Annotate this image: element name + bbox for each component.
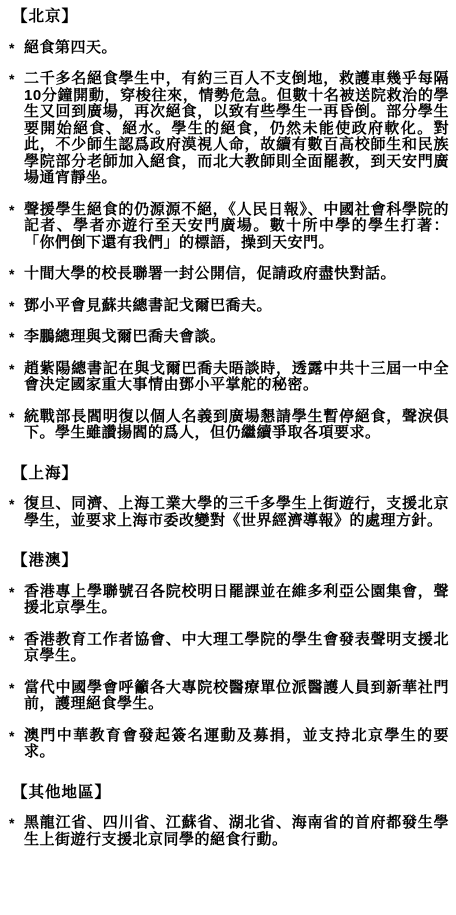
bullet-text: 十間大學的校長聯署一封公開信，促請政府盡快對話。 [24, 266, 449, 283]
bullet-text: 趙紫陽總書記在與戈爾巴喬夫晤談時，透露中共十三屆一中全會決定國家重大事情由鄧小平… [24, 361, 449, 394]
section-other-regions: 【其他地區】 * 黑龍江省、四川省、江蘇省、湖北省、海南省的首府都發生學生上街遊… [8, 785, 449, 849]
bullet-marker: * [8, 329, 24, 346]
bullet-text: 香港專上學聯號召各院校明日罷課並在維多利亞公園集會，聲援北京學生。 [24, 584, 449, 617]
list-item: * 當代中國學會呼籲各大專院校醫療單位派醫護人員到新華社門前，護理絕食學生。 [8, 680, 449, 713]
bullet-text: 統戰部長閻明復以個人名義到廣場懇請學生暫停絕食，聲淚俱下。學生雖讚揚閻的爲人，但… [24, 409, 449, 442]
list-item: * 黑龍江省、四川省、江蘇省、湖北省、海南省的首府都發生學生上街遊行支援北京同學… [8, 815, 449, 848]
bullet-text: 李鵬總理與戈爾巴喬夫會談。 [24, 329, 449, 346]
list-item: * 澳門中華教育會發起簽名運動及募捐，並支持北京學生的要求。 [8, 728, 449, 761]
bullet-text: 聲援學生絕食的仍源源不絕，《人民日報》、中國社會科學院的記者、學者亦遊行至天安門… [24, 202, 449, 252]
list-item: * 二千多名絕食學生中，有約三百人不支倒地，救護車幾乎每隔10分鐘開動，穿梭往來… [8, 71, 449, 187]
bullet-marker: * [8, 71, 24, 187]
section-beijing: 【北京】 * 絕食第四天。 * 二千多名絕食學生中，有約三百人不支倒地，救護車幾… [8, 9, 449, 442]
bullet-text: 香港教育工作者協會、中大理工學院的學生會發表聲明支援北京學生。 [24, 632, 449, 665]
bullet-text: 絕食第四天。 [24, 40, 449, 57]
section-header-other-regions: 【其他地區】 [12, 785, 449, 802]
list-item: * 十間大學的校長聯署一封公開信，促請政府盡快對話。 [8, 266, 449, 283]
list-item: * 香港專上學聯號召各院校明日罷課並在維多利亞公園集會，聲援北京學生。 [8, 584, 449, 617]
document: 【北京】 * 絕食第四天。 * 二千多名絕食學生中，有約三百人不支倒地，救護車幾… [0, 0, 456, 871]
list-item: * 鄧小平會見蘇共總書記戈爾巴喬夫。 [8, 298, 449, 315]
bullet-text: 澳門中華教育會發起簽名運動及募捐，並支持北京學生的要求。 [24, 728, 449, 761]
list-item: * 香港教育工作者協會、中大理工學院的學生會發表聲明支援北京學生。 [8, 632, 449, 665]
list-item: * 李鵬總理與戈爾巴喬夫會談。 [8, 329, 449, 346]
list-item: * 趙紫陽總書記在與戈爾巴喬夫晤談時，透露中共十三屆一中全會決定國家重大事情由鄧… [8, 361, 449, 394]
section-header-shanghai: 【上海】 [12, 466, 449, 483]
bullet-marker: * [8, 361, 24, 394]
section-header-hongkong-macau: 【港澳】 [12, 553, 449, 570]
list-item: * 統戰部長閻明復以個人名義到廣場懇請學生暫停絕食，聲淚俱下。學生雖讚揚閻的爲人… [8, 409, 449, 442]
bullet-marker: * [8, 496, 24, 529]
bullet-marker: * [8, 202, 24, 252]
bullet-marker: * [8, 584, 24, 617]
bullet-marker: * [8, 266, 24, 283]
bullet-marker: * [8, 298, 24, 315]
bullet-text: 黑龍江省、四川省、江蘇省、湖北省、海南省的首府都發生學生上街遊行支援北京同學的絕… [24, 815, 449, 848]
bullet-text: 當代中國學會呼籲各大專院校醫療單位派醫護人員到新華社門前，護理絕食學生。 [24, 680, 449, 713]
bullet-marker: * [8, 728, 24, 761]
section-shanghai: 【上海】 * 復旦、同濟、上海工業大學的三千多學生上街遊行，支援北京學生，並要求… [8, 466, 449, 530]
bullet-marker: * [8, 40, 24, 57]
bullet-marker: * [8, 409, 24, 442]
list-item: * 復旦、同濟、上海工業大學的三千多學生上街遊行，支援北京學生，並要求上海市委改… [8, 496, 449, 529]
bullet-marker: * [8, 815, 24, 848]
bullet-text: 鄧小平會見蘇共總書記戈爾巴喬夫。 [24, 298, 449, 315]
list-item: * 絕食第四天。 [8, 40, 449, 57]
list-item: * 聲援學生絕食的仍源源不絕，《人民日報》、中國社會科學院的記者、學者亦遊行至天… [8, 202, 449, 252]
bullet-marker: * [8, 632, 24, 665]
section-header-beijing: 【北京】 [12, 9, 449, 26]
bullet-text: 二千多名絕食學生中，有約三百人不支倒地，救護車幾乎每隔10分鐘開動，穿梭往來，情… [24, 71, 449, 187]
section-hongkong-macau: 【港澳】 * 香港專上學聯號召各院校明日罷課並在維多利亞公園集會，聲援北京學生。… [8, 553, 449, 761]
bullet-marker: * [8, 680, 24, 713]
bullet-text: 復旦、同濟、上海工業大學的三千多學生上街遊行，支援北京學生，並要求上海市委改變對… [24, 496, 449, 529]
